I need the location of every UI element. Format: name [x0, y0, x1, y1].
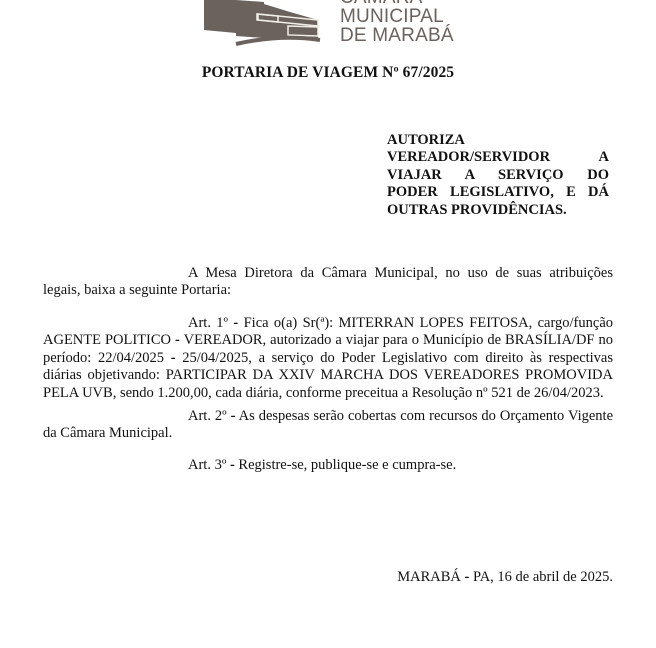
article-separator: - [175, 332, 180, 348]
closing-separator: - [465, 569, 470, 585]
article-2: Art. 2º - As despesas serão cobertas com… [43, 408, 613, 443]
logo-line: DE MARABÁ [340, 26, 470, 45]
preamble: A Mesa Diretora da Câmara Municipal, no … [43, 265, 613, 300]
article-3-text: Registre-se, publique-se e cumpra-se. [238, 457, 456, 473]
logo-line: MUNICIPAL [340, 7, 470, 26]
closing-city: MARABÁ [397, 569, 461, 585]
article-separator: - [230, 457, 235, 473]
article-separator: - [231, 408, 236, 424]
closing-date: MARABÁ - PA, 16 de abril de 2025. [397, 569, 613, 586]
document-title: PORTARIA DE VIAGEM Nº 67/2025 [0, 64, 656, 82]
logo-text: CÂMARA MUNICIPAL DE MARABÁ [340, 0, 470, 45]
header-logo: CÂMARA MUNICIPAL DE MARABÁ [200, 0, 460, 48]
closing-rest: PA, 16 de abril de 2025. [473, 569, 613, 585]
ementa-line: AUTORIZA [387, 132, 609, 149]
ementa-line: VEREADOR/SERVIDOR A [387, 149, 609, 166]
article-2-text: As despesas serão cobertas com recursos … [43, 408, 613, 441]
ementa-line: OUTRAS PROVIDÊNCIAS. [387, 202, 609, 219]
building-icon [200, 0, 340, 48]
article-separator: - [171, 350, 176, 366]
article-2-label: Art. 2º [188, 408, 227, 424]
ementa: AUTORIZA VEREADOR/SERVIDOR A VIAJAR A SE… [387, 132, 609, 219]
article-3: Art. 3º - Registre-se, publique-se e cum… [43, 457, 613, 474]
ementa-line: PODER LEGISLATIVO, E DÁ [387, 184, 609, 201]
preamble-text: A Mesa Diretora da Câmara Municipal, no … [43, 265, 613, 298]
article-1: Art. 1º - Fica o(a) Sr(ª): MITERRAN LOPE… [43, 315, 613, 402]
article-separator: - [233, 315, 238, 331]
ementa-line: VIAJAR A SERVIÇO DO [387, 167, 609, 184]
article-3-label: Art. 3º [188, 457, 226, 473]
article-1-label: Art. 1º [188, 315, 228, 331]
